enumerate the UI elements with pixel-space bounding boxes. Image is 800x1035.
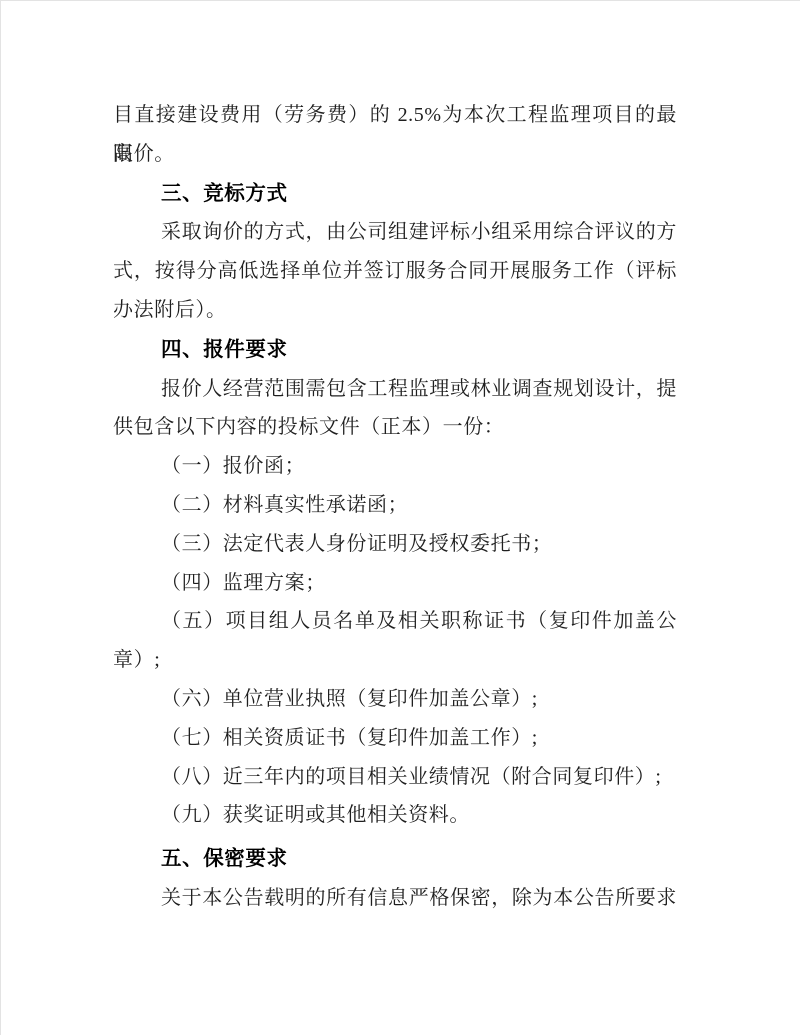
list-item: 章）; — [113, 641, 677, 680]
document-text-block: 目直接建设费用（劳务费）的 2.5%为本次工程监理项目的最高 限价。 三、竞标方… — [113, 96, 677, 918]
section-heading: 五、保密要求 — [113, 840, 677, 879]
section-heading: 三、竞标方式 — [113, 175, 677, 214]
section-heading: 四、报件要求 — [113, 331, 677, 370]
list-item: （八）近三年内的项目相关业绩情况（附合同复印件）; — [113, 758, 677, 797]
text-line: 限价。 — [113, 135, 677, 174]
text-line: 关于本公告载明的所有信息严格保密，除为本公告所要求 — [113, 879, 677, 918]
list-item: （四）监理方案； — [113, 564, 677, 603]
list-item: （六）单位营业执照（复印件加盖公章）; — [113, 680, 677, 719]
list-item: （一）报价函； — [113, 447, 677, 486]
text-line: 目直接建设费用（劳务费）的 2.5%为本次工程监理项目的最高 — [113, 96, 677, 135]
text-line: 报价人经营范围需包含工程监理或林业调查规划设计，提 — [113, 370, 677, 409]
list-item: （九）获奖证明或其他相关资料。 — [113, 796, 677, 835]
document-page: 目直接建设费用（劳务费）的 2.5%为本次工程监理项目的最高 限价。 三、竞标方… — [0, 0, 800, 1035]
text-line: 采取询价的方式，由公司组建评标小组采用综合评议的方 — [113, 213, 677, 252]
list-item: （二）材料真实性承诺函； — [113, 486, 677, 525]
text-line: 供包含以下内容的投标文件（正本）一份： — [113, 408, 677, 447]
text-line: 办法附后）。 — [113, 291, 677, 330]
list-item: （七）相关资质证书（复印件加盖工作）; — [113, 719, 677, 758]
list-item: （三）法定代表人身份证明及授权委托书； — [113, 525, 677, 564]
list-item: （五）项目组人员名单及相关职称证书（复印件加盖公 — [113, 602, 677, 641]
text-line: 式，按得分高低选择单位并签订服务合同开展服务工作（评标 — [113, 252, 677, 291]
